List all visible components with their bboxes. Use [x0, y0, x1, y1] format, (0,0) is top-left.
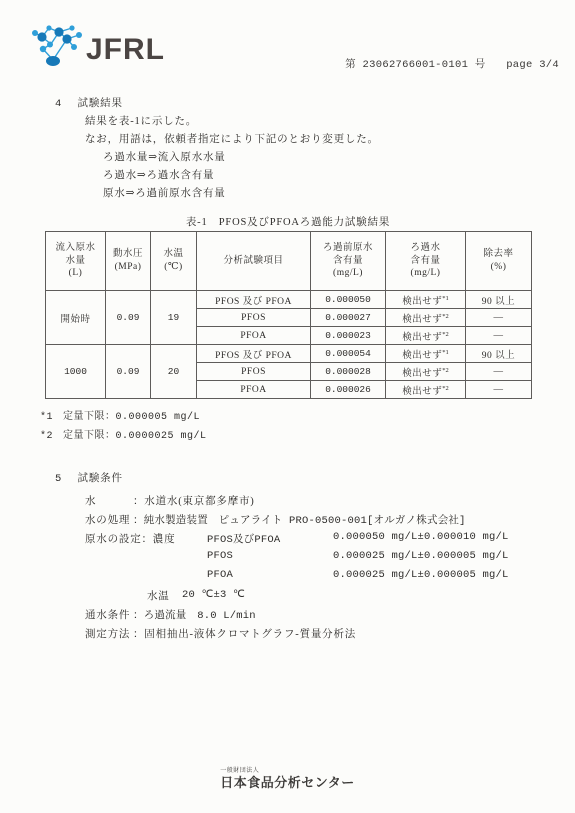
cell-item: PFOS 及び PFOA [197, 345, 311, 363]
section4-number: 4 [55, 98, 62, 110]
cell-pressure-1000: 0.09 [106, 345, 151, 399]
footnote-1: *1定量下限：0.000005 mg/L [40, 407, 200, 423]
cell-after: 検出せず*1 [386, 345, 466, 363]
condition-water: 水：水道水(東京都多摩市) [85, 493, 255, 508]
cell-after: 検出せず*2 [386, 363, 466, 381]
cell-volume-start: 開始時 [46, 291, 106, 345]
conc-item-2: PFOS [207, 550, 233, 562]
section4-title: 試験結果 [78, 98, 123, 109]
condition-raw-water-1: 原水の設定：濃度 PFOS及びPFOA 0.000050 mg/L±0.0000… [0, 531, 575, 550]
col-header-water-pressure: 動水圧 (MPa) [106, 232, 151, 291]
cell-temp-1000: 20 [151, 345, 197, 399]
col-header-removal-rate: 除去率 (%) [466, 232, 532, 291]
condition-raw-water-3: PFOA 0.000025 mg/L±0.000005 mg/L [0, 569, 575, 588]
term-change-2: ろ過水⇒ろ過水含有量 [103, 167, 214, 182]
col-header-before-filtration: ろ過前原水 含有量 (mg/L) [311, 232, 386, 291]
report-page: JFRL 第 23062766001-0101 号 page 3/4 4 試験結… [0, 0, 575, 813]
cell-removal: ― [466, 309, 532, 327]
table-header-row: 流入原水 水量 (L) 動水圧 (MPa) 水温 (℃) 分析試験項目 ろ過前原… [46, 232, 532, 291]
footer-organization-logo: 一般財団法人 日本食品分析センター [0, 768, 575, 792]
cell-removal: ― [466, 381, 532, 399]
jfrl-logo-wordmark: JFRL [86, 33, 165, 67]
cell-before: 0.000028 [311, 363, 386, 381]
cell-before: 0.000027 [311, 309, 386, 327]
conc-value-1: 0.000050 mg/L±0.000010 mg/L [333, 531, 509, 543]
cell-before: 0.000026 [311, 381, 386, 399]
section4-heading: 4 試験結果 [55, 95, 123, 110]
results-table: 流入原水 水量 (L) 動水圧 (MPa) 水温 (℃) 分析試験項目 ろ過前原… [45, 231, 532, 399]
cell-item: PFOS [197, 363, 311, 381]
section5-heading: 5 試験条件 [55, 470, 123, 485]
footnote-ref: *2 [442, 312, 449, 319]
organization-name: 日本食品分析センター [220, 775, 354, 790]
condition-water-treatment: 水の処理：純水製造装置 ピュアライト PRO-0500-001[オルガノ株式会社… [85, 512, 466, 527]
footnote-2: *2定量下限：0.0000025 mg/L [40, 426, 207, 442]
term-change-1: ろ過水量⇒流入原水水量 [103, 149, 226, 164]
jfrl-logo: JFRL [28, 22, 165, 72]
cell-removal: 90 以上 [466, 345, 532, 363]
footnote-ref: *2 [442, 330, 449, 337]
cell-after: 検出せず*2 [386, 381, 466, 399]
conc-item-3: PFOA [207, 569, 233, 581]
term-change-3: 原水⇒ろ過前原水含有量 [103, 185, 226, 200]
cell-volume-1000: 1000 [46, 345, 106, 399]
section4-line2: なお，用語は，依頼者指定により下記のとおり変更した。 [85, 131, 379, 146]
raw-water-label: 原水の設定：濃度 [85, 531, 175, 546]
cell-item: PFOS [197, 309, 311, 327]
cell-before: 0.000050 [311, 291, 386, 309]
col-header-test-item: 分析試験項目 [197, 232, 311, 291]
cell-after: 検出せず*2 [386, 309, 466, 327]
condition-water-temp: 水温 20 ℃±3 ℃ [0, 588, 575, 607]
section5-number: 5 [55, 473, 62, 485]
condition-method: 測定方法：固相抽出-液体クロマトグラフ-質量分析法 [85, 626, 356, 641]
col-header-water-temp: 水温 (℃) [151, 232, 197, 291]
footnote-ref: *2 [442, 384, 449, 391]
cell-item: PFOA [197, 327, 311, 345]
footnote-ref: *2 [442, 366, 449, 373]
footnote-ref: *1 [442, 348, 449, 355]
jfrl-logo-icon [28, 22, 84, 72]
document-reference: 第 23062766001-0101 号 page 3/4 [345, 56, 559, 71]
cell-after: 検出せず*1 [386, 291, 466, 309]
page-number: page 3/4 [506, 59, 559, 71]
cell-before: 0.000023 [311, 327, 386, 345]
cell-temp-start: 19 [151, 291, 197, 345]
col-header-after-filtration: ろ過水 含有量 (mg/L) [386, 232, 466, 291]
condition-raw-water-2: PFOS 0.000025 mg/L±0.000005 mg/L [0, 550, 575, 569]
cell-after: 検出せず*2 [386, 327, 466, 345]
section4-line1: 結果を表-1に示した。 [85, 113, 197, 128]
condition-flow: 通水条件：ろ過流量 8.0 L/min [85, 607, 256, 622]
document-number: 第 23062766001-0101 号 [345, 59, 485, 71]
conc-value-2: 0.000025 mg/L±0.000005 mg/L [333, 550, 509, 562]
cell-item: PFOS 及び PFOA [197, 291, 311, 309]
cell-removal: 90 以上 [466, 291, 532, 309]
cell-removal: ― [466, 327, 532, 345]
cell-before: 0.000054 [311, 345, 386, 363]
section5-title: 試験条件 [78, 473, 123, 484]
table-row: 1000 0.09 20 PFOS 及び PFOA 0.000054 検出せず*… [46, 345, 532, 363]
conc-item-1: PFOS及びPFOA [207, 531, 280, 546]
table-row: 開始時 0.09 19 PFOS 及び PFOA 0.000050 検出せず*1… [46, 291, 532, 309]
cell-removal: ― [466, 363, 532, 381]
footnote-ref: *1 [442, 294, 449, 301]
cell-item: PFOA [197, 381, 311, 399]
conc-value-3: 0.000025 mg/L±0.000005 mg/L [333, 569, 509, 581]
col-header-inflow-volume: 流入原水 水量 (L) [46, 232, 106, 291]
cell-pressure-start: 0.09 [106, 291, 151, 345]
organization-type: 一般財団法人 [220, 768, 354, 775]
table-title: 表-1 PFOS及びPFOAろ過能力試験結果 [45, 214, 531, 229]
